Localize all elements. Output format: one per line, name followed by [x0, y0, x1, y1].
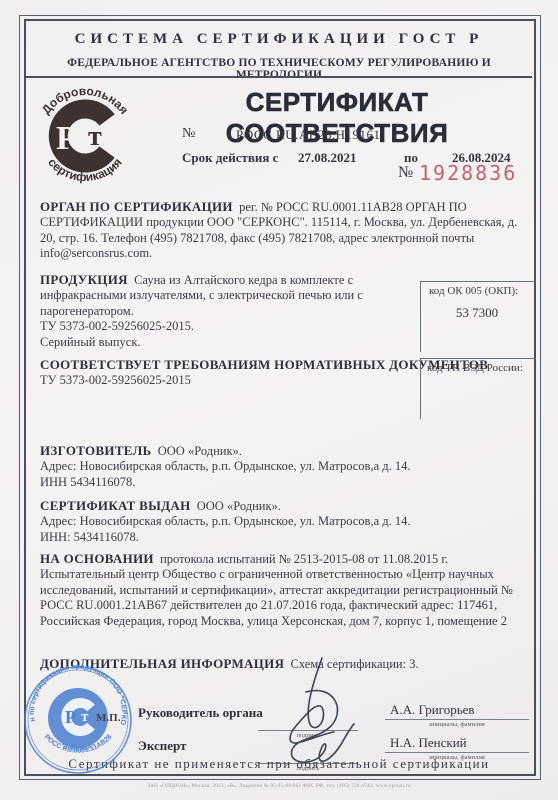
expert-role-label: Эксперт	[138, 738, 186, 754]
blank-number-sign: №	[398, 164, 413, 182]
manufacturer-address: Адрес: Новосибирская область, р.п. Ордын…	[40, 459, 510, 475]
svg-text:т: т	[88, 121, 102, 152]
certificate-page: СИСТЕМА СЕРТИФИКАЦИИ ГОСТ Р ФЕДЕРАЛЬНОЕ …	[0, 0, 558, 800]
header-separator	[26, 76, 532, 78]
production-tu-line: ТУ 5373-002-59256025-2015.	[40, 319, 418, 335]
basis-label: НА ОСНОВАНИИ	[40, 551, 154, 566]
okp-code-label: код ОК 005 (ОКП):	[429, 285, 518, 297]
head-signature	[290, 658, 334, 743]
production-section: ПРОДУКЦИЯ Сауна из Алтайского кедра в ко…	[40, 272, 418, 351]
tnved-code-label: код ТН ВЭД России:	[427, 362, 523, 374]
issued-to-address: Адрес: Новосибирская область, р.п. Ордын…	[40, 514, 510, 530]
production-label: ПРОДУКЦИЯ	[40, 272, 128, 287]
signatures-icon	[230, 640, 430, 790]
valid-from-date: 27.08.2021	[298, 150, 357, 166]
validity-label: Срок действия с	[182, 150, 278, 166]
cert-number: РОСС RU.AB28.H19161	[236, 127, 381, 143]
svg-text:Р: Р	[56, 120, 77, 157]
rst-logo-icon: Добровольная сертификация Р т	[26, 84, 144, 188]
manufacturer-label: ИЗГОТОВИТЕЛЬ	[40, 443, 151, 458]
rst-mark: Р т	[56, 109, 107, 163]
issued-to-name: ООО «Родник».	[197, 499, 281, 513]
system-title: СИСТЕМА СЕРТИФИКАЦИИ ГОСТ Р	[26, 31, 532, 48]
svg-text:т: т	[81, 709, 89, 725]
svg-text:Р: Р	[65, 707, 76, 727]
manufacturer-inn: ИНН 5434116078.	[40, 475, 510, 491]
issued-to-label: СЕРТИФИКАТ ВЫДАН	[40, 498, 191, 513]
expert-signature	[291, 691, 354, 763]
issued-to-section: СЕРТИФИКАТ ВЫДАН ООО «Родник».Адрес: Нов…	[40, 498, 510, 546]
cert-number-sign: №	[182, 126, 195, 142]
basis-section: НА ОСНОВАНИИ протокола испытаний № 2513-…	[40, 551, 534, 630]
manufacturer-name: ООО «Родник».	[158, 444, 242, 458]
okp-code-value: 53 7300	[420, 305, 534, 321]
manufacturer-section: ИЗГОТОВИТЕЛЬ ООО «Родник».Адрес: Новосиб…	[40, 443, 510, 491]
mp-label: М.П.	[96, 712, 120, 724]
certification-body-label: ОРГАН ПО СЕРТИФИКАЦИИ	[40, 199, 233, 214]
production-serial-line: Серийный выпуск.	[40, 335, 418, 351]
certification-body-section: ОРГАН ПО СЕРТИФИКАЦИИ рег. № РОСС RU.000…	[40, 199, 534, 262]
blank-number: 1928836	[419, 161, 517, 185]
issued-to-inn: ИНН: 5434116078.	[40, 530, 510, 546]
